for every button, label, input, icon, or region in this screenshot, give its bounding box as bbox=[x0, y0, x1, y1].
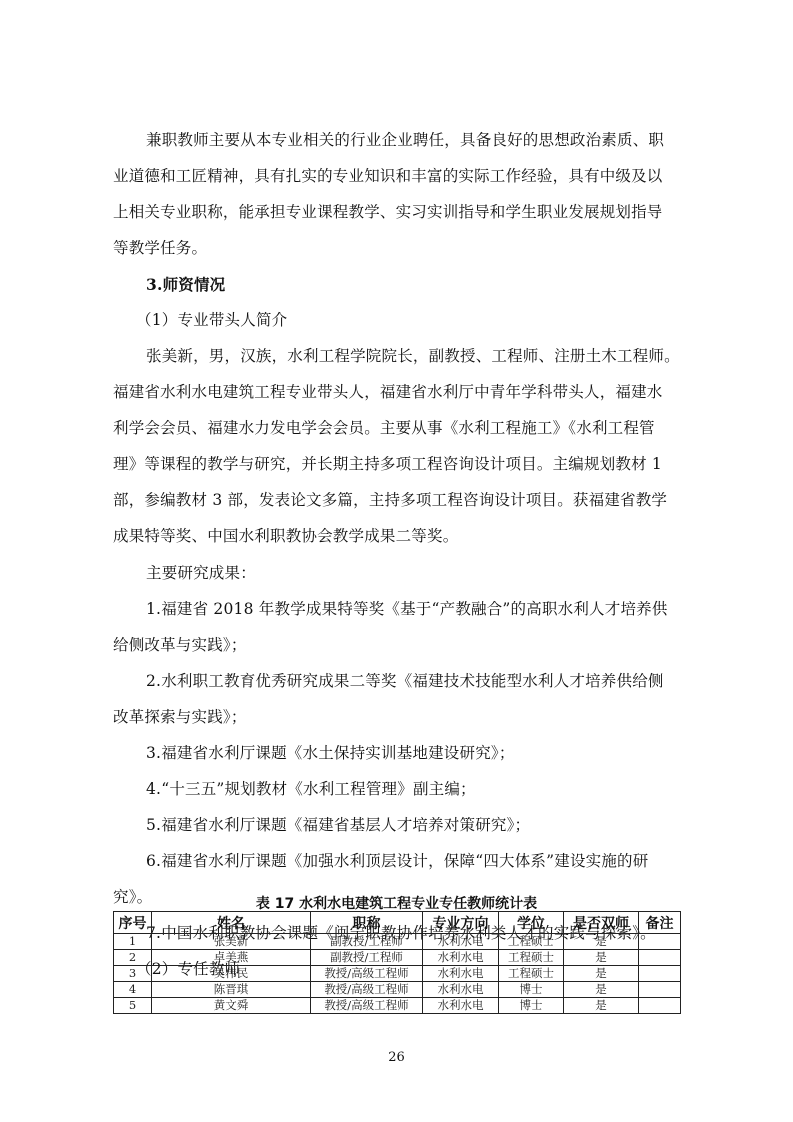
cell-notes bbox=[639, 950, 681, 966]
cell-name: 张美新 bbox=[152, 934, 311, 950]
table-header-row: 序号 姓名 职称 专业方向 学位 是否双师 备注 bbox=[114, 912, 681, 934]
cell-index: 4 bbox=[114, 982, 152, 998]
cell-name: 黄文舜 bbox=[152, 998, 311, 1014]
cell-index: 5 bbox=[114, 998, 152, 1014]
table-row: 3 吴伟民 教授/高级工程师 水利水电 工程硕士 是 bbox=[114, 966, 681, 982]
cell-dual-teacher: 是 bbox=[564, 934, 639, 950]
paragraph-line: 张美新，男，汉族，水利工程学院院长，副教授、工程师、注册土木工程师。 bbox=[146, 346, 716, 366]
cell-dual-teacher: 是 bbox=[564, 998, 639, 1014]
paragraph-line: 等教学任务。 bbox=[113, 238, 683, 258]
header-name: 姓名 bbox=[152, 912, 311, 934]
paragraph-line: 福建省水利水电建筑工程专业带头人，福建省水利厅中青年学科带头人，福建水 bbox=[113, 382, 683, 402]
cell-index: 3 bbox=[114, 966, 152, 982]
paragraph-line: 部，参编教材 3 部，发表论文多篇，主持多项工程咨询设计项目。获福建省教学 bbox=[113, 490, 683, 510]
cell-name: 陈晋琪 bbox=[152, 982, 311, 998]
cell-degree: 工程硕士 bbox=[499, 966, 564, 982]
table-row: 1 张美新 副教授/工程师 水利水电 工程硕士 是 bbox=[114, 934, 681, 950]
table-row: 2 卓美燕 副教授/工程师 水利水电 工程硕士 是 bbox=[114, 950, 681, 966]
research-item-2-cont: 改革探索与实践》； bbox=[113, 707, 683, 727]
cell-major: 水利水电 bbox=[423, 998, 499, 1014]
cell-dual-teacher: 是 bbox=[564, 950, 639, 966]
cell-title: 教授/高级工程师 bbox=[311, 982, 423, 998]
research-item-2: 2.水利职工教育优秀研究成果二等奖《福建技术技能型水利人才培养供给侧 bbox=[146, 671, 716, 691]
research-item-1-cont: 给侧改革与实践》； bbox=[113, 635, 683, 655]
cell-major: 水利水电 bbox=[423, 934, 499, 950]
cell-title: 副教授/工程师 bbox=[311, 950, 423, 966]
paragraph-line: 理》等课程的教学与研究，并长期主持多项工程咨询设计项目。主编规划教材 1 bbox=[113, 454, 683, 474]
cell-notes bbox=[639, 998, 681, 1014]
paragraph-line: 兼职教师主要从本专业相关的行业企业聘任，具备良好的思想政治素质、职 bbox=[146, 130, 716, 150]
cell-notes bbox=[639, 966, 681, 982]
header-major: 专业方向 bbox=[423, 912, 499, 934]
header-title: 职称 bbox=[311, 912, 423, 934]
research-heading: 主要研究成果： bbox=[146, 563, 716, 583]
paragraph-line: 成果特等奖、中国水利职教协会教学成果二等奖。 bbox=[113, 526, 683, 546]
research-item-6: 6.福建省水利厅课题《加强水利顶层设计，保障“四大体系”建设实施的研 bbox=[146, 851, 716, 871]
cell-index: 1 bbox=[114, 934, 152, 950]
paragraph-line: 上相关专业职称，能承担专业课程教学、实习实训指导和学生职业发展规划指导 bbox=[113, 202, 683, 222]
cell-name: 卓美燕 bbox=[152, 950, 311, 966]
subsection-heading: （1）专业带头人简介 bbox=[136, 310, 706, 330]
research-item-3: 3.福建省水利厅课题《水土保持实训基地建设研究》； bbox=[146, 743, 716, 763]
paragraph-line: 业道德和工匠精神，具有扎实的专业知识和丰富的实际工作经验，具有中级及以 bbox=[113, 166, 683, 186]
paragraph-line: 利学会会员、福建水力发电学会会员。主要从事《水利工程施工》《水利工程管 bbox=[113, 418, 683, 438]
cell-title: 教授/高级工程师 bbox=[311, 966, 423, 982]
cell-major: 水利水电 bbox=[423, 950, 499, 966]
cell-name: 吴伟民 bbox=[152, 966, 311, 982]
cell-title: 副教授/工程师 bbox=[311, 934, 423, 950]
page-number: 26 bbox=[0, 1050, 793, 1065]
header-dual-teacher: 是否双师 bbox=[564, 912, 639, 934]
table-row: 5 黄文舜 教授/高级工程师 水利水电 博士 是 bbox=[114, 998, 681, 1014]
header-degree: 学位 bbox=[499, 912, 564, 934]
cell-dual-teacher: 是 bbox=[564, 982, 639, 998]
research-item-5: 5.福建省水利厅课题《福建省基层人才培养对策研究》； bbox=[146, 815, 716, 835]
research-item-4: 4.“十三五”规划教材《水利工程管理》副主编； bbox=[146, 779, 716, 799]
research-item-1: 1.福建省 2018 年教学成果特等奖《基于“产教融合”的高职水利人才培养供 bbox=[146, 599, 716, 619]
section-heading: 3.师资情况 bbox=[146, 275, 716, 295]
cell-notes bbox=[639, 982, 681, 998]
table-caption: 表 17 水利水电建筑工程专业专任教师统计表 bbox=[113, 893, 680, 913]
table-row: 4 陈晋琪 教授/高级工程师 水利水电 博士 是 bbox=[114, 982, 681, 998]
header-notes: 备注 bbox=[639, 912, 681, 934]
cell-dual-teacher: 是 bbox=[564, 966, 639, 982]
cell-index: 2 bbox=[114, 950, 152, 966]
cell-degree: 工程硕士 bbox=[499, 934, 564, 950]
cell-degree: 博士 bbox=[499, 982, 564, 998]
staff-table: 序号 姓名 职称 专业方向 学位 是否双师 备注 1 张美新 副教授/工程师 水… bbox=[113, 911, 681, 1014]
cell-major: 水利水电 bbox=[423, 982, 499, 998]
cell-major: 水利水电 bbox=[423, 966, 499, 982]
cell-degree: 工程硕士 bbox=[499, 950, 564, 966]
document-page: 兼职教师主要从本专业相关的行业企业聘任，具备良好的思想政治素质、职 业道德和工匠… bbox=[0, 0, 793, 1122]
cell-title: 教授/高级工程师 bbox=[311, 998, 423, 1014]
cell-degree: 博士 bbox=[499, 998, 564, 1014]
cell-notes bbox=[639, 934, 681, 950]
header-index: 序号 bbox=[114, 912, 152, 934]
